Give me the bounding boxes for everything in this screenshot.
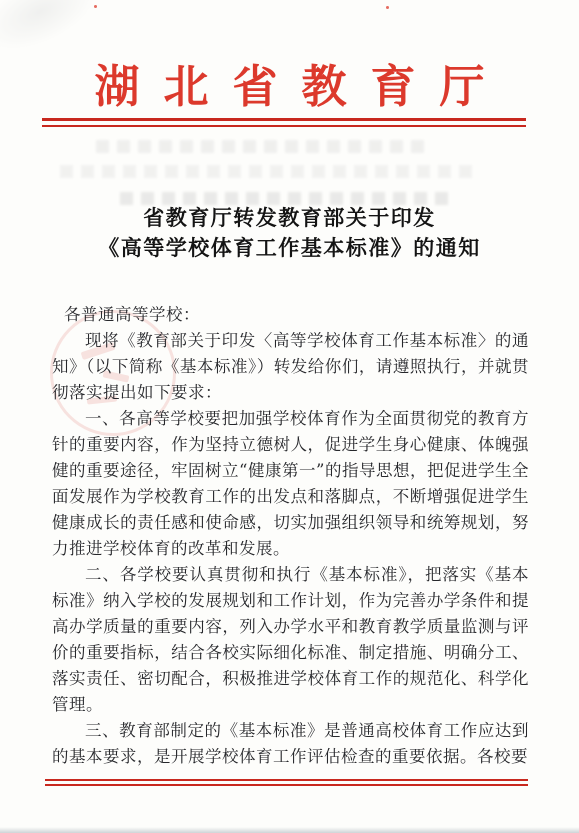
document-body: 各普通高等学校： 现将《教育部关于印发〈高等学校体育工作基本标准〉的通知》（以下… [52,302,529,770]
body-paragraph: 三、教育部制定的《基本标准》是普通高校体育工作应达到的基本要求，是开展学校体育工… [52,718,529,770]
letterhead-divider-rule [42,118,526,127]
bleed-through-artifact [96,140,426,153]
document-title: 省教育厅转发教育部关于印发 《高等学校体育工作基本标准》的通知 [0,203,579,263]
document-page: 湖北省教育厅 省教育厅转发教育部关于印发 《高等学校体育工作基本标准》的通知 各… [0,0,579,833]
body-paragraph: 一、各高等学校要把加强学校体育作为全面贯彻党的教育方针的重要内容，作为坚持立德树… [52,406,529,562]
document-title-line-1: 省教育厅转发教育部关于印发 [0,203,579,233]
letterhead-agency-name: 湖北省教育厅 [0,62,579,112]
page-edge-shadow [0,827,579,833]
document-title-line-2: 《高等学校体育工作基本标准》的通知 [0,233,579,263]
scan-registration-dot-right [386,6,389,9]
body-paragraph: 二、各学校要认真贯彻和执行《基本标准》，把落实《基本标准》纳入学校的发展规划和工… [52,562,529,718]
footer-divider-rule [45,779,528,786]
scan-registration-dot-left [94,5,97,8]
salutation: 各普通高等学校： [52,302,529,328]
bleed-through-artifact [60,165,480,178]
body-paragraph: 现将《教育部关于印发〈高等学校体育工作基本标准〉的通知》（以下简称《基本标准》）… [52,328,529,406]
